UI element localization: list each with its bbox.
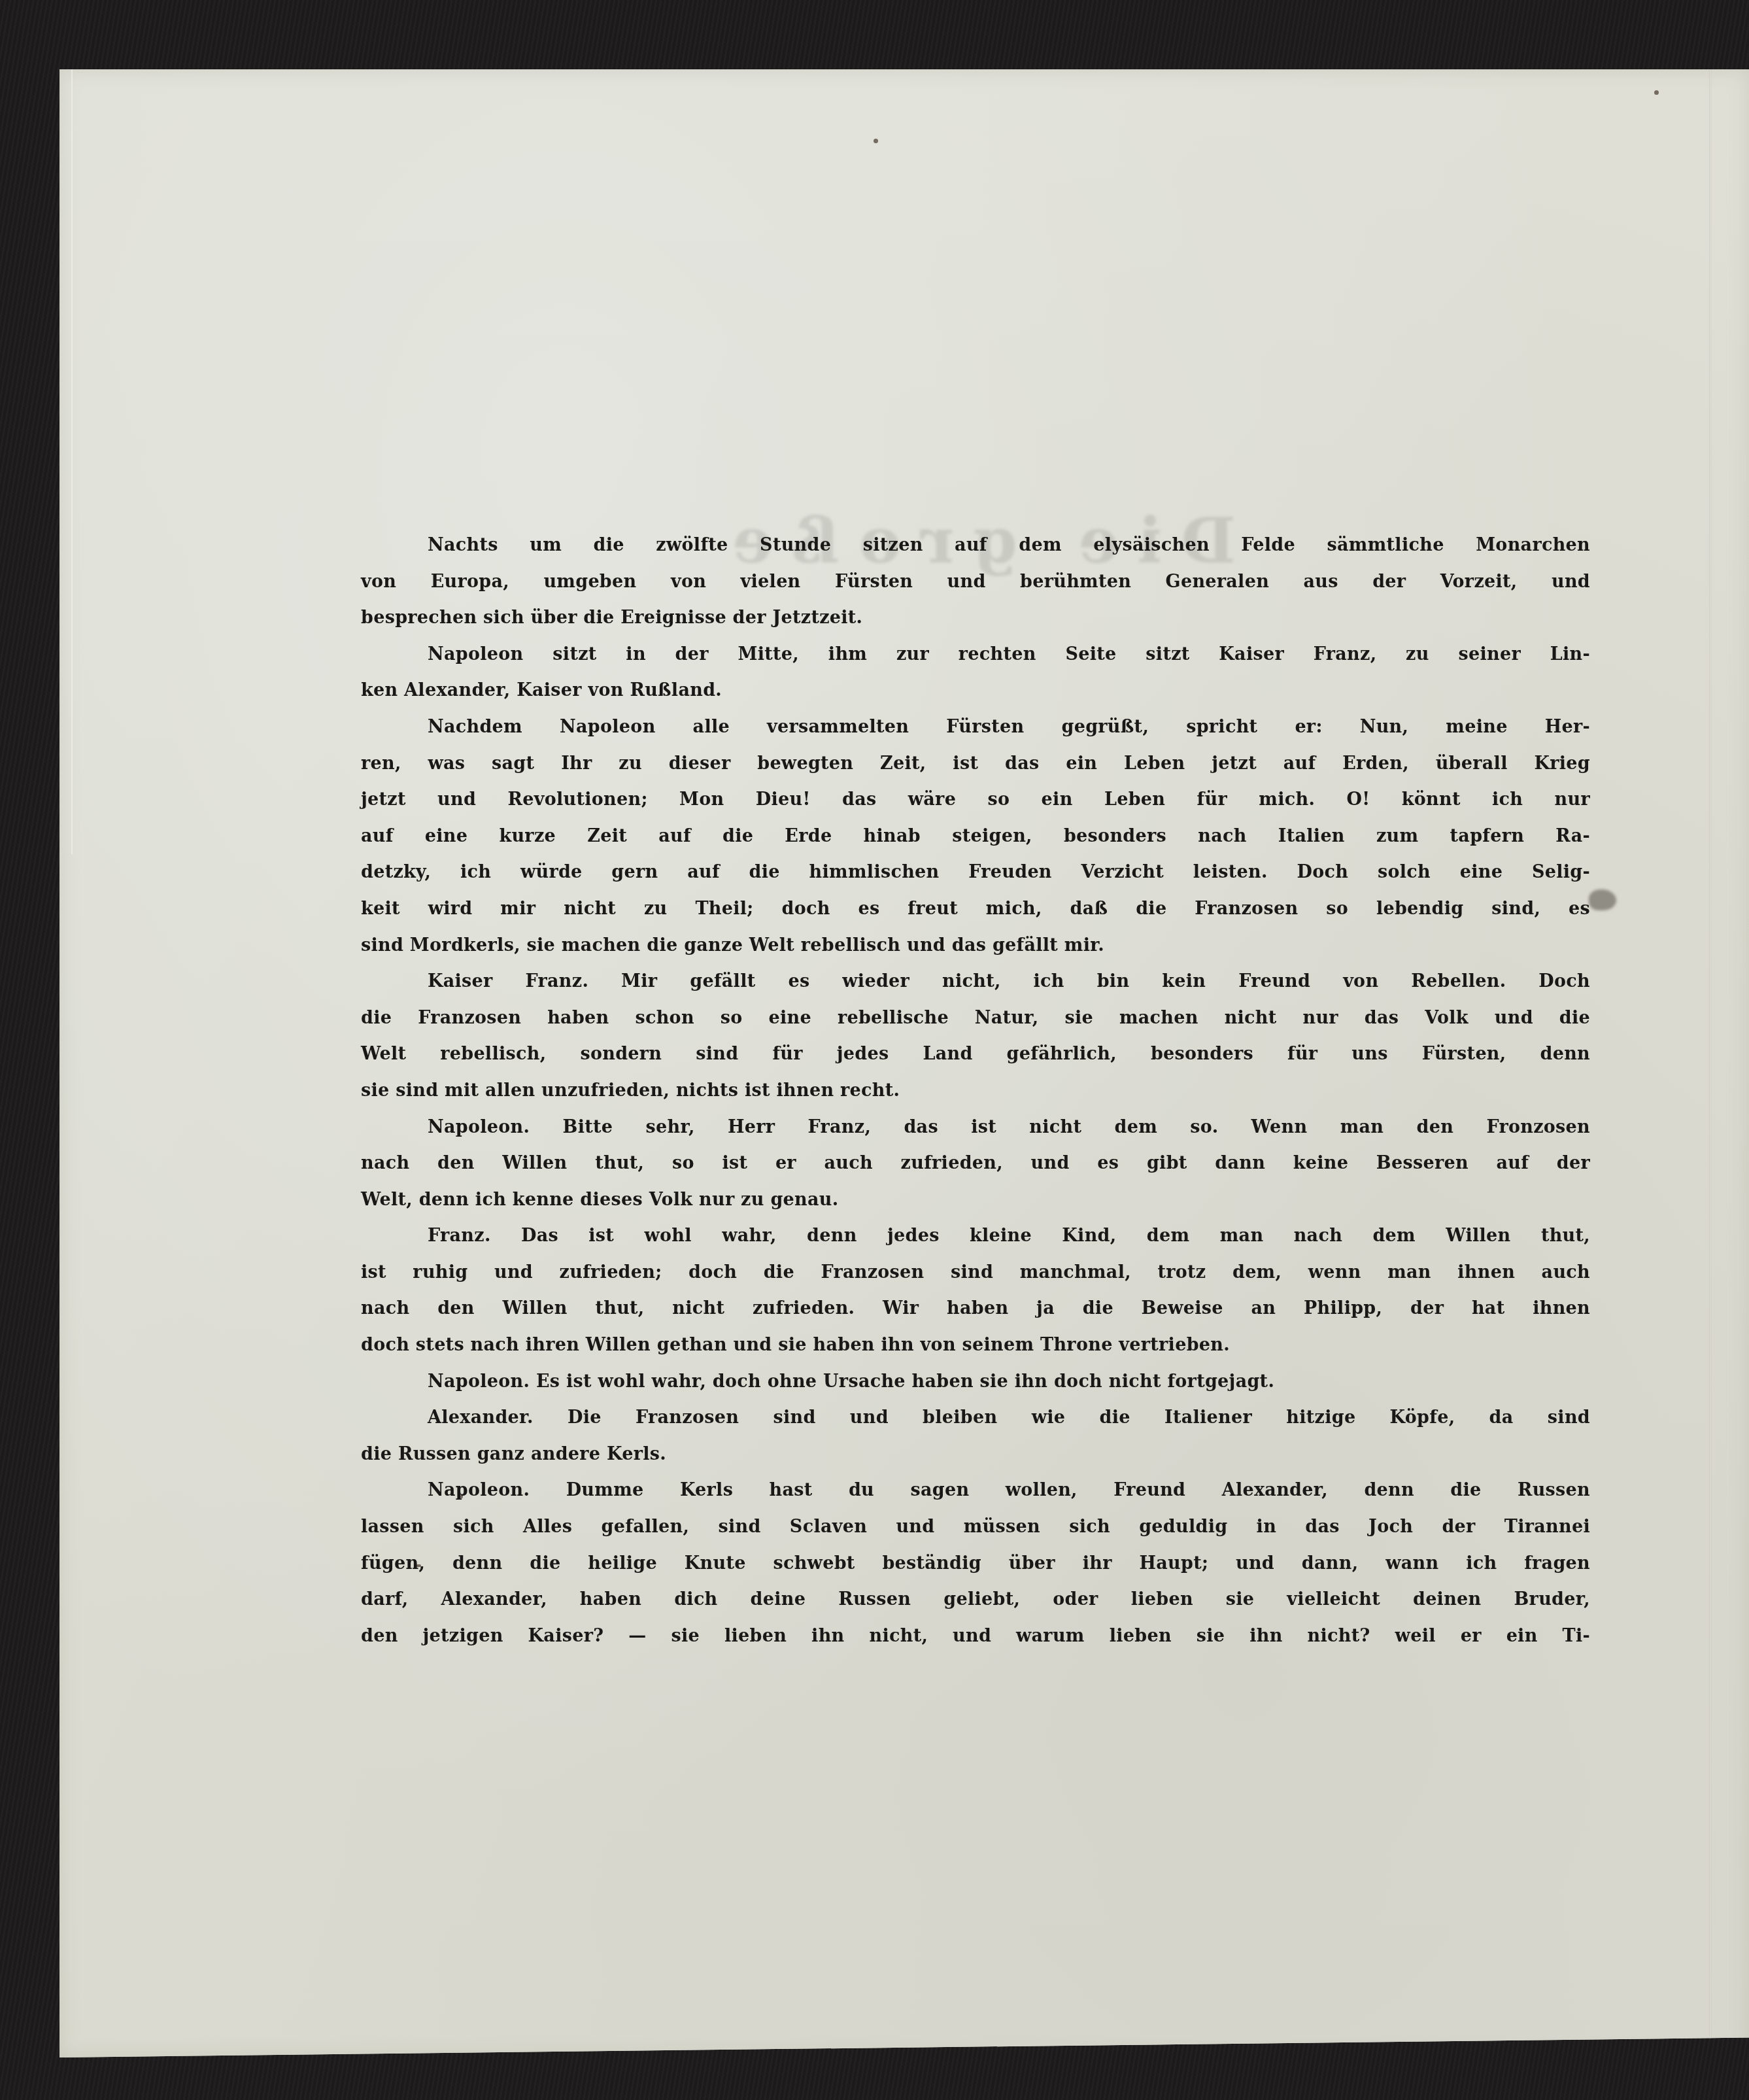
paragraph-napoleon-speech: Napoleon. Bitte sehr, Herr Franz, das is… — [361, 1109, 1590, 1218]
paragraph-franz-speech: Franz. Das ist wohl wahr, denn jedes kle… — [361, 1218, 1590, 1363]
fold-line — [1709, 69, 1711, 2057]
text-line: detzky, ich würde gern auf die himmlisch… — [361, 854, 1590, 891]
paragraph-napoleon-speech: Napoleon. Dumme Kerls hast du sagen woll… — [361, 1472, 1590, 1654]
paper-crease — [71, 69, 73, 854]
paragraph-alexander-speech: Alexander. Die Franzosen sind und bleibe… — [361, 1400, 1590, 1472]
document-body: Nachts um die zwölfte Stunde sitzen auf … — [361, 527, 1590, 1654]
text-line: jetzt und Revolutionen; Mon Dieu! das wä… — [361, 782, 1590, 818]
text-line: Napoleon. Dumme Kerls hast du sagen woll… — [361, 1472, 1590, 1509]
paper-speck — [1654, 90, 1659, 95]
paragraph-napoleon-speech: Nachdem Napoleon alle versammelten Fürst… — [361, 709, 1590, 963]
text-line: die Franzosen haben schon so eine rebell… — [361, 1000, 1590, 1037]
text-line: darf, Alexander, haben dich deine Russen… — [361, 1581, 1590, 1618]
text-line: von Europa, umgeben von vielen Fürsten u… — [361, 564, 1590, 600]
text-line: Nachdem Napoleon alle versammelten Fürst… — [361, 709, 1590, 746]
text-line: besprechen sich über die Ereignisse der … — [361, 600, 1590, 636]
text-line: lassen sich Alles gefallen, sind Sclaven… — [361, 1509, 1590, 1545]
text-line: keit wird mir nicht zu Theil; doch es fr… — [361, 891, 1590, 927]
paragraph-napoleon-speech: Napoleon. Es ist wohl wahr, doch ohne Ur… — [361, 1364, 1590, 1400]
text-line: sie sind mit allen unzufrieden, nichts i… — [361, 1073, 1590, 1109]
text-line: auf eine kurze Zeit auf die Erde hinab s… — [361, 818, 1590, 855]
text-line: die Russen ganz andere Kerls. — [361, 1436, 1590, 1473]
text-line: Kaiser Franz. Mir gefällt es wieder nich… — [361, 963, 1590, 1000]
paper-speck — [874, 139, 878, 143]
text-line: Alexander. Die Franzosen sind und bleibe… — [361, 1400, 1590, 1436]
text-line: Napoleon. Bitte sehr, Herr Franz, das is… — [361, 1109, 1590, 1146]
text-line: Welt, denn ich kenne dieses Volk nur zu … — [361, 1182, 1590, 1218]
text-line: Nachts um die zwölfte Stunde sitzen auf … — [361, 527, 1590, 564]
text-line: nach den Willen thut, nicht zufrieden. W… — [361, 1290, 1590, 1327]
text-line: ren, was sagt Ihr zu dieser bewegten Zei… — [361, 746, 1590, 782]
text-line: nach den Willen thut, so ist er auch zuf… — [361, 1145, 1590, 1182]
paragraph-intro: Nachts um die zwölfte Stunde sitzen auf … — [361, 527, 1590, 636]
ink-blot — [1589, 889, 1616, 910]
text-line: Welt rebellisch, sondern sind für jedes … — [361, 1036, 1590, 1073]
text-line: ist ruhig und zufrieden; doch die Franzo… — [361, 1254, 1590, 1291]
text-line: sind Mordkerls, sie machen die ganze Wel… — [361, 927, 1590, 964]
paragraph-franz-speech: Kaiser Franz. Mir gefällt es wieder nich… — [361, 963, 1590, 1109]
text-line: den jetzigen Kaiser? — sie lieben ihn ni… — [361, 1618, 1590, 1655]
text-line: ken Alexander, Kaiser von Rußland. — [361, 672, 1590, 709]
text-line: Franz. Das ist wohl wahr, denn jedes kle… — [361, 1218, 1590, 1254]
text-line: fügen, denn die heilige Knute schwebt be… — [361, 1545, 1590, 1582]
paragraph-setting: Napoleon sitzt in der Mitte, ihm zur rec… — [361, 636, 1590, 709]
text-line: Napoleon sitzt in der Mitte, ihm zur rec… — [361, 636, 1590, 673]
text-line: doch stets nach ihren Willen gethan und … — [361, 1327, 1590, 1364]
text-line: Napoleon. Es ist wohl wahr, doch ohne Ur… — [361, 1364, 1590, 1400]
